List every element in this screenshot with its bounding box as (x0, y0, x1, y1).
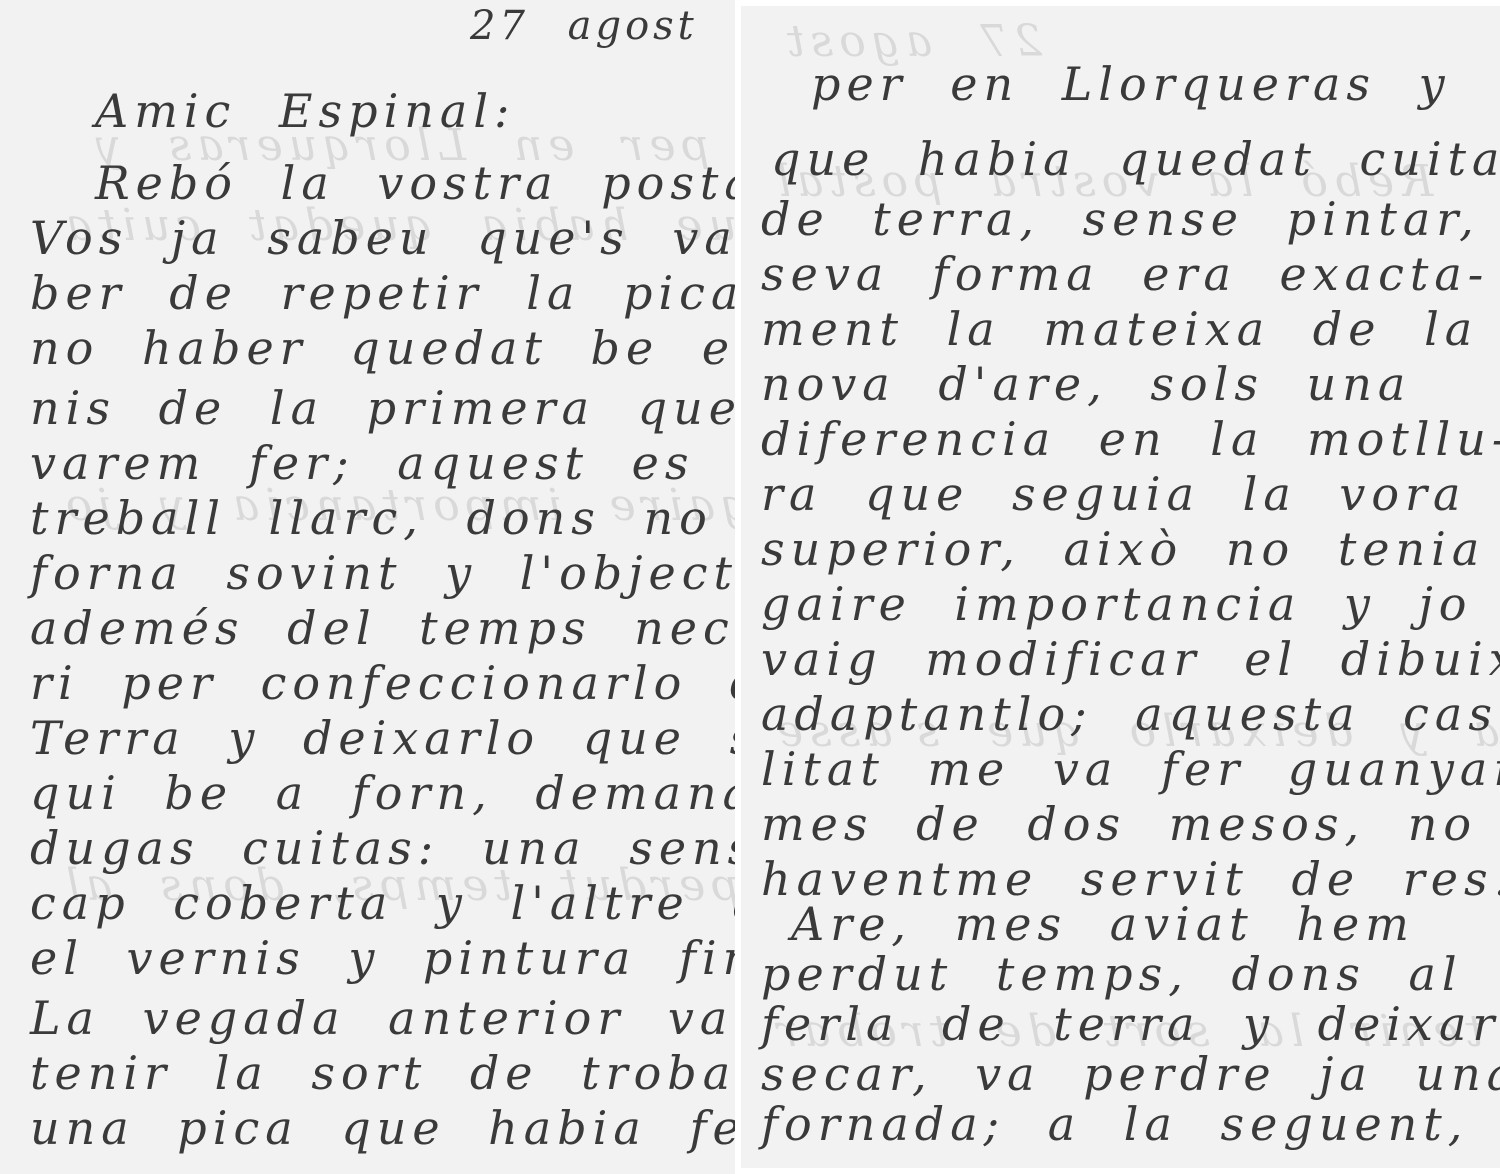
letter-line: no haber quedat be el ver- (30, 325, 735, 371)
letter-line: varem fer; aquest es un (30, 440, 735, 486)
letter-line: forna sovint y l'objecte, (30, 550, 735, 596)
letter-page-right: 27 agost Rebó la vostra postal Terra y d… (741, 6, 1500, 1168)
letter-line: La vegada anterior varem (30, 995, 735, 1041)
letter-line: ber de repetir la pica per (30, 270, 735, 316)
letter-spread: per en Llorqueras y que habia quedat cui… (0, 0, 1500, 1174)
letter-line: una pica que habia fet (30, 1105, 735, 1151)
letter-line: perdut temps, dons al (761, 951, 1463, 997)
letter-line: el vernis y pintura finals. (30, 935, 735, 981)
letter-date: 27 agost (470, 6, 698, 46)
letter-line: Rebó la vostra postal (95, 160, 735, 206)
letter-line: ra que seguia la vora (761, 471, 1466, 517)
letter-line: adaptantlo; aquesta casua- (761, 691, 1500, 737)
letter-line: diferencia en la motllu- (761, 416, 1500, 462)
letter-line: per en Llorqueras y (811, 61, 1451, 107)
letter-line: ferla de terra y deixarla (761, 1001, 1500, 1047)
letter-line: Are, mes aviat hem (791, 901, 1415, 947)
letter-line: cap coberta y l'altre ab (30, 880, 735, 926)
letter-line: Terra y deixarlo que s'asse (30, 715, 735, 761)
letter-line: gaire importancia y jo (761, 581, 1473, 627)
letter-line: vaig modificar el dibuix (761, 636, 1500, 682)
letter-line: haventme servit de res. (761, 856, 1500, 902)
letter-line: litat me va fer guanyar (761, 746, 1500, 792)
letter-salutation: Amic Espinal: (95, 88, 516, 134)
letter-line: mes de dos mesos, no (761, 801, 1477, 847)
letter-page-left: per en Llorqueras y que habia quedat cui… (0, 0, 735, 1174)
letter-line: ri per confeccionarlo de (30, 660, 735, 706)
letter-line: ademés del temps necessa- (30, 605, 735, 651)
letter-line: que habia quedat cuita (771, 136, 1500, 182)
letter-line: treball llarc, dons no s'en (30, 495, 735, 541)
letter-line: fornada; a la seguent, per (761, 1101, 1500, 1147)
letter-line: nova d'are, sols una (761, 361, 1411, 407)
letter-line: superior, això no tenia (761, 526, 1485, 572)
letter-line: tenir la sort de trobar (30, 1050, 735, 1096)
letter-line: nis de la primera que (30, 385, 735, 431)
letter-line: seva forma era exacta- (761, 251, 1489, 297)
letter-line: Vos ja sabeu que's va ha- (30, 215, 735, 261)
letter-line: de terra, sense pintar, la (761, 196, 1500, 242)
letter-line: secar, va perdre ja una (761, 1051, 1500, 1097)
letter-line: ment la mateixa de la (761, 306, 1478, 352)
letter-line: dugas cuitas: una sense (30, 825, 735, 871)
letter-line: qui be a forn, demana (30, 770, 735, 816)
